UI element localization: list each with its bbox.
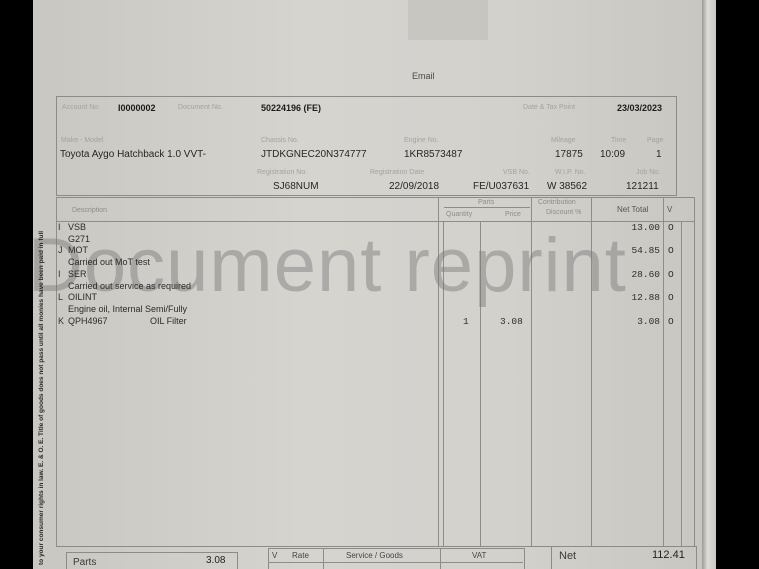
parts-total-label: Parts [73, 557, 96, 568]
line-code: Carried out MoT test [68, 257, 150, 267]
col-divider [443, 222, 444, 546]
vat-amount-header: VAT [472, 551, 486, 560]
price-header: Price [505, 211, 521, 218]
reg-date-label: Registration Date [370, 169, 424, 176]
line-net-total: 12.88 [631, 292, 660, 303]
document-value: 50224196 (FE) [261, 103, 321, 113]
line-code: VSB [68, 222, 86, 232]
job-value: 121211 [626, 181, 659, 192]
line-net-total: 28.60 [631, 269, 660, 280]
line-vat-code: O [668, 292, 674, 303]
discount-header: Discount % [546, 209, 581, 216]
col-divider [480, 222, 481, 546]
time-label: Time [611, 137, 626, 144]
vat-v-header: V [272, 551, 277, 560]
line-code: OILINT [68, 292, 97, 302]
net-label: Net [559, 550, 576, 562]
line-vat-code: O [668, 269, 674, 280]
col-divider [681, 222, 682, 546]
line-code: G271 [68, 234, 90, 244]
col-divider [438, 197, 439, 546]
line-quantity: 1 [463, 316, 469, 327]
line-description: OIL Filter [150, 316, 187, 326]
make-model-value: Toyota Aygo Hatchback 1.0 VVT- [60, 149, 206, 160]
document-label: Document No. [178, 104, 223, 111]
time-value: 10:09 [600, 149, 625, 160]
items-table [56, 197, 695, 547]
account-label: Account No. [62, 104, 100, 111]
make-model-label: Make - Model [61, 137, 103, 144]
col-divider [663, 197, 664, 546]
line-net-total: 13.00 [631, 222, 660, 233]
line-vat-code: O [668, 316, 674, 327]
line-net-total: 3.08 [637, 316, 660, 327]
account-value: I0000002 [118, 103, 156, 113]
reg-date-value: 22/09/2018 [389, 181, 439, 192]
description-header: Description [72, 207, 107, 214]
page-edge [702, 0, 716, 569]
chassis-label: Chassis No. [261, 137, 299, 144]
chassis-value: JTDKGNEC20N374777 [261, 149, 367, 160]
parts-header: Parts [478, 199, 494, 206]
vat-col-divider [323, 548, 324, 569]
date-value: 23/03/2023 [617, 103, 662, 113]
vat-rate-header: Rate [292, 551, 309, 560]
line-price: 3.08 [500, 316, 523, 327]
header-divider [57, 221, 694, 222]
line-type-code: I [58, 222, 61, 232]
line-vat-code: O [668, 245, 674, 256]
mileage-label: Mileage [551, 137, 576, 144]
line-type-code: I [58, 269, 61, 279]
line-type-code: K [58, 316, 64, 326]
job-label: Job No. [636, 169, 660, 176]
line-code: MOT [68, 245, 88, 255]
vat-service-goods-header: Service / Goods [346, 551, 403, 560]
engine-value: 1KR8573487 [404, 149, 462, 160]
line-code: SER [68, 269, 87, 279]
page-value: 1 [656, 149, 662, 160]
legal-notice: to your consumer rights in law. E. & O. … [38, 231, 45, 565]
registration-label: Registration No. [257, 169, 307, 176]
redacted-area [408, 0, 488, 40]
line-vat-code: O [668, 222, 674, 233]
email-label: Email [412, 71, 435, 81]
vat-col-divider [440, 548, 441, 569]
registration-value: SJ68NUM [273, 181, 319, 192]
contribution-header: Contribution [538, 199, 576, 206]
net-value: 112.41 [652, 549, 685, 561]
line-type-code: L [58, 292, 63, 302]
table-left-border [56, 197, 57, 546]
line-type-code: J [58, 245, 63, 255]
line-net-total: 54.85 [631, 245, 660, 256]
quantity-header: Quantity [446, 211, 472, 218]
col-divider [591, 197, 592, 546]
net-total-header: Net Total [617, 205, 648, 214]
mileage-value: 17875 [555, 149, 583, 160]
parts-total-value: 3.08 [206, 555, 225, 566]
vsb-label: VSB No. [503, 169, 530, 176]
vat-header-divider [268, 562, 523, 563]
line-code: Engine oil, Internal Semi/Fully [68, 304, 187, 314]
wip-value: W 38562 [547, 181, 587, 192]
parts-header-divider [444, 207, 530, 208]
line-code: QPH4967 [68, 316, 108, 326]
line-code: Carried out service as required [68, 281, 191, 291]
v-header: V [667, 205, 672, 214]
engine-label: Engine No. [404, 137, 439, 144]
col-divider [531, 197, 532, 546]
date-label: Date & Tax Point [523, 104, 575, 111]
wip-label: W.I.P. No. [555, 169, 586, 176]
vsb-value: FE/U037631 [473, 181, 529, 192]
page-label: Page [647, 137, 663, 144]
